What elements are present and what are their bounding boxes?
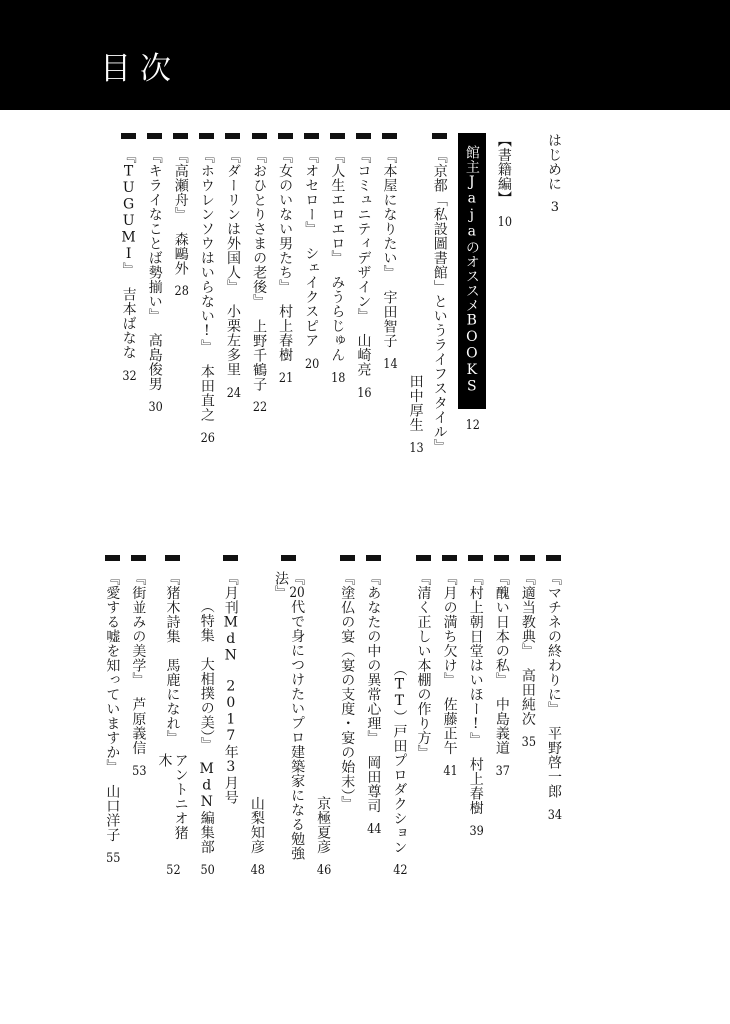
toc-entry: 『おひとりさまの老後』 上野千鶴子 22 [251, 133, 267, 455]
toc-entry-author-line: 村上春樹 39 [468, 757, 484, 838]
entry-title: 『高瀬舟』 [173, 149, 189, 222]
entry-author: （TT）戸田プロダクション [391, 662, 407, 855]
entry-author: 吉本ばなな [121, 287, 137, 360]
toc-entry-author-line: 高島俊男 30 [147, 333, 163, 414]
entry-title: 【書籍編】 [496, 133, 512, 206]
entry-author: 佐藤正午 [442, 697, 458, 755]
entry-title: 『コミュニティデザイン』 [355, 149, 371, 323]
entry-page-number: 22 [252, 401, 267, 414]
toc-entry-title-line: 館主JajaのオススメBOOKS [458, 133, 486, 409]
toc-entry: 『村上朝日堂はいほー!』 村上春樹 39 [468, 555, 484, 877]
toc-entry: 【書籍編】 10 [496, 133, 512, 455]
entry-author: 上野千鶴子 [251, 319, 267, 392]
entry-title: 『猪木詩集 馬鹿になれ』 [164, 571, 180, 743]
entry-author: 高島俊男 [147, 333, 163, 391]
entry-page-number: 46 [316, 864, 331, 877]
toc-entry-author-line: シェイクスピア 20 [303, 246, 319, 371]
entry-title-continued: （特集 大相撲の美）』 [199, 599, 215, 752]
entry-page-number: 55 [105, 852, 120, 865]
entry-page-number: 28 [173, 285, 188, 298]
entry-page-number: 14 [382, 358, 397, 371]
toc-entry-title-line: 『街並みの美学』 [130, 555, 146, 687]
entry-author: みうらじゅん [329, 275, 345, 362]
toc-entry: はじめに 3 [546, 133, 562, 455]
toc-entry-title-line: 【書籍編】 [496, 133, 512, 206]
entry-page-number: 32 [121, 370, 136, 383]
entry-page-number: 3 [546, 201, 561, 214]
toc-entry: 『清く正しい本棚の作り方』 （TT）戸田プロダクション 42 [391, 555, 431, 877]
toc-entry-title-line: 『女のいない男たち』 [277, 133, 293, 294]
entry-title: 『ダーリンは外国人』 [225, 149, 241, 294]
entry-page-number: 42 [392, 864, 407, 877]
entry-title: 『TUGUMI』 [121, 149, 137, 277]
entry-author: アントニオ猪木 [156, 753, 188, 854]
entry-page-number: 35 [520, 736, 535, 749]
entry-author: 山口洋子 [104, 784, 120, 842]
toc-entry-title-line: 『本屋になりたい』 [381, 133, 397, 280]
entry-title: 『村上朝日堂はいほー!』 [468, 571, 484, 747]
entry-author: 山梨知彦 [249, 796, 265, 854]
toc-entry-author-line: 村上春樹 21 [277, 304, 293, 385]
entry-page-number: 18 [330, 372, 345, 385]
entry-title: 『マチネの終わりに』 [546, 571, 562, 716]
entry-author: 岡田尊司 [365, 755, 381, 813]
entry-title: 『塗仏の宴（宴の支度・宴の始末）』 [339, 571, 355, 811]
toc-entry-author-line: 12 [458, 419, 486, 432]
toc-entry-author-line: 本田直之 26 [199, 364, 215, 445]
entry-title: 『清く正しい本棚の作り方』 [415, 571, 431, 760]
entry-bullet-icon [199, 133, 214, 139]
entry-bullet-icon [442, 555, 457, 561]
toc-entry-author-line: 高田純次 35 [520, 668, 536, 749]
entry-bullet-icon [366, 555, 381, 561]
entry-bullet-icon [131, 555, 146, 561]
entry-bullet-icon [278, 133, 293, 139]
entry-title: 『街並みの美学』 [130, 571, 146, 687]
entry-title: 『オセロー』 [303, 149, 319, 236]
entry-title: 『おひとりさまの老後』 [251, 149, 267, 309]
entry-title: 『月刊MdN 2017年3月号 [223, 571, 239, 805]
entry-bullet-icon [340, 555, 355, 561]
toc-entry-title-line: 『月刊MdN 2017年3月号 [223, 555, 239, 877]
entry-author: 平野啓一郎 [546, 726, 562, 799]
toc-entry-title-line: 『適当教典』 [520, 555, 536, 658]
toc-entry-title-line: 『塗仏の宴（宴の支度・宴の始末）』 [339, 555, 355, 877]
entry-author: 小栗左多里 [225, 304, 241, 377]
toc-entry-author-line: みうらじゅん 18 [329, 275, 345, 385]
toc-entry: 『適当教典』 高田純次 35 [520, 555, 536, 877]
toc-entry-author-line: 京極夏彦 46 [315, 555, 331, 877]
entry-title: 『本屋になりたい』 [381, 149, 397, 280]
toc-section-bottom: 『マチネの終わりに』 平野啓一郎 34 『適当教典』 高田純次 35 [104, 555, 562, 877]
entry-title: 『人生エロエロ』 [329, 149, 345, 265]
entry-author: 山崎亮 [355, 333, 371, 377]
entry-title: 『適当教典』 [520, 571, 536, 658]
toc-entry-title-line: 『おひとりさまの老後』 [251, 133, 267, 309]
toc-entry-author-line: アントニオ猪木 52 [156, 753, 188, 877]
entry-page-number: 30 [147, 401, 162, 414]
entry-author: 中島義道 [494, 697, 510, 755]
entry-author: 村上春樹 [468, 757, 484, 815]
entry-title: 『キライなことば勢揃い』 [147, 149, 163, 323]
toc-entry-author-line: 宇田智子 14 [381, 290, 397, 371]
entry-title: 『女のいない男たち』 [277, 149, 293, 294]
entry-bullet-icon [225, 133, 240, 139]
toc-entry-title-line: 『人生エロエロ』 [329, 133, 345, 265]
entry-author: シェイクスピア [303, 246, 319, 348]
entry-bullet-icon [105, 555, 120, 561]
toc-entry-title-line: 『月の満ち欠け』 [442, 555, 458, 687]
toc-entry-title-line: 『高瀬舟』 [173, 133, 189, 222]
toc-entry-author-line: 平野啓一郎 34 [546, 726, 562, 822]
toc-entry-author-line: 10 [496, 216, 512, 229]
entry-author: 本田直之 [199, 364, 215, 422]
toc-entry-title-line: 『オセロー』 [303, 133, 319, 236]
entry-bullet-icon [252, 133, 267, 139]
entry-author: 芦原義信 [130, 697, 146, 755]
entry-bullet-icon [330, 133, 345, 139]
entry-bullet-icon [165, 555, 180, 561]
entry-bullet-icon [494, 555, 509, 561]
toc-entry-author-line: 中島義道 37 [494, 697, 510, 778]
toc-entry-author-line: 田中厚生 13 [408, 133, 424, 455]
toc-entry: 『ホウレンソウはいらない!』 本田直之 26 [199, 133, 215, 455]
toc-entry-title-line: 『ダーリンは外国人』 [225, 133, 241, 294]
entry-page-number: 39 [468, 825, 483, 838]
entry-page-number: 20 [304, 358, 319, 371]
entry-author: MdN編集部 [199, 761, 215, 854]
header-bar: 目次 [0, 0, 730, 110]
entry-page-number: 16 [356, 387, 371, 400]
entry-title: 『20代で身につけたいプロ建築家になる勉強法』 [273, 571, 305, 877]
toc-entry: 『月の満ち欠け』 佐藤正午 41 [442, 555, 458, 877]
toc-entry-title-line: 『猪木詩集 馬鹿になれ』 [156, 555, 188, 743]
entry-page-number: 50 [199, 864, 214, 877]
entry-bullet-icon [173, 133, 188, 139]
toc-entry-title-line: 『京都「私設圖書館」というライフスタイル』 [432, 133, 448, 455]
toc-entry-author-line: 山崎亮 16 [355, 333, 371, 400]
entry-author: 森鷗外 [173, 232, 189, 276]
toc-entry-title-line: 『マチネの終わりに』 [546, 555, 562, 716]
entry-author: 宇田智子 [381, 290, 397, 348]
entry-bullet-icon [382, 133, 397, 139]
entry-bullet-icon [432, 133, 447, 139]
entry-page-number: 37 [494, 765, 509, 778]
toc-entry: 館主JajaのオススメBOOKS 12 [458, 133, 486, 455]
toc-entry-author-line: 森鷗外 28 [173, 232, 189, 299]
entry-bullet-icon [520, 555, 535, 561]
toc-entry-title-line: 『村上朝日堂はいほー!』 [468, 555, 484, 747]
toc-entry: 『コミュニティデザイン』 山崎亮 16 [355, 133, 371, 455]
toc-entry-title-line: 『あなたの中の異常心理』 [365, 555, 381, 745]
toc-entry-title-line: 『醜い日本の私』 [494, 555, 510, 687]
toc-entry: 『キライなことば勢揃い』 高島俊男 30 [147, 133, 163, 455]
entry-bullet-icon [356, 133, 371, 139]
entry-bullet-icon [416, 555, 431, 561]
toc-entry-title-line: 『ホウレンソウはいらない!』 [199, 133, 215, 354]
entry-author: 田中厚生 [408, 374, 424, 432]
toc-entry: 『愛する嘘を知っていますか』 山口洋子 55 [104, 555, 120, 877]
toc-entry: 『塗仏の宴（宴の支度・宴の始末）』 京極夏彦 46 [315, 555, 355, 877]
toc-entry: 『醜い日本の私』 中島義道 37 [494, 555, 510, 877]
entry-title: はじめに [546, 133, 562, 191]
entry-page-number: 34 [546, 809, 561, 822]
toc-entry: 『人生エロエロ』 みうらじゅん 18 [329, 133, 345, 455]
toc-entry-title-line: はじめに [546, 133, 562, 191]
entry-title: 『京都「私設圖書館」というライフスタイル』 [432, 149, 448, 454]
toc-entry: 『月刊MdN 2017年3月号 （特集 大相撲の美）』 MdN編集部 50 [199, 555, 239, 877]
toc-entry: 『猪木詩集 馬鹿になれ』 アントニオ猪木 52 [156, 555, 188, 877]
toc-entry-title-line: 『清く正しい本棚の作り方』 [415, 555, 431, 877]
toc-entry: 『TUGUMI』 吉本ばなな 32 [121, 133, 137, 455]
toc-entry: 『街並みの美学』 芦原義信 53 [130, 555, 146, 877]
entry-page-number: 21 [278, 372, 293, 385]
toc-entry-author-line: 芦原義信 53 [130, 697, 146, 778]
entry-page-number: 24 [225, 387, 240, 400]
toc-entry: 『京都「私設圖書館」というライフスタイル』 田中厚生 13 [408, 133, 448, 455]
entry-page-number: 44 [366, 823, 381, 836]
toc-entry-author-line: 山梨知彦 48 [249, 555, 265, 877]
entry-page-number: 52 [165, 864, 180, 877]
toc-entry: 『あなたの中の異常心理』 岡田尊司 44 [365, 555, 381, 877]
entry-author: 高田純次 [520, 668, 536, 726]
entry-author: 京極夏彦 [315, 796, 331, 854]
toc-entry-author-line: （特集 大相撲の美）』 MdN編集部 50 [199, 555, 215, 877]
entry-page-number: 48 [249, 864, 264, 877]
entry-title: 『月の満ち欠け』 [442, 571, 458, 687]
page-title: 目次 [0, 0, 730, 85]
toc-entry: 『ダーリンは外国人』 小栗左多里 24 [225, 133, 241, 455]
toc-entry-title-line: 『TUGUMI』 [121, 133, 137, 277]
toc-entry-author-line: 3 [546, 201, 562, 214]
entry-author: 村上春樹 [277, 304, 293, 362]
toc-entry-author-line: （TT）戸田プロダクション 42 [391, 555, 407, 877]
toc-entry: 『女のいない男たち』 村上春樹 21 [277, 133, 293, 455]
entry-title: 『醜い日本の私』 [494, 571, 510, 687]
toc-entry: 『マチネの終わりに』 平野啓一郎 34 [546, 555, 562, 877]
entry-page-number: 53 [131, 765, 146, 778]
toc-entry-title-line: 『愛する嘘を知っていますか』 [104, 555, 120, 774]
toc-section-top: はじめに 3 【書籍編】 10 館主JajaのオススメBOOKS [121, 133, 563, 455]
toc-entry: 『本屋になりたい』 宇田智子 14 [381, 133, 397, 455]
entry-bullet-icon [223, 555, 238, 561]
toc-entry-author-line: 岡田尊司 44 [365, 755, 381, 836]
entry-title: 『あなたの中の異常心理』 [365, 571, 381, 745]
toc-entry-author-line: 吉本ばなな 32 [121, 287, 137, 383]
toc-entry-title-line: 『コミュニティデザイン』 [355, 133, 371, 323]
entry-bullet-icon [147, 133, 162, 139]
entry-bullet-icon [468, 555, 483, 561]
toc-entry-author-line: 山口洋子 55 [104, 784, 120, 865]
entry-bullet-icon [546, 555, 561, 561]
toc-entry-author-line: 佐藤正午 41 [442, 697, 458, 778]
toc-entry: 『20代で身につけたいプロ建築家になる勉強法』 山梨知彦 48 [249, 555, 305, 877]
toc-entry-author-line: 上野千鶴子 22 [251, 319, 267, 415]
entry-bullet-icon [281, 555, 296, 561]
entry-page-number: 41 [442, 765, 457, 778]
entry-title: 『ホウレンソウはいらない!』 [199, 149, 215, 354]
entry-page-number: 13 [408, 442, 423, 455]
toc-entry: 『オセロー』 シェイクスピア 20 [303, 133, 319, 455]
entry-bullet-icon [121, 133, 136, 139]
entry-page-number: 12 [464, 419, 479, 432]
entry-page-number: 10 [496, 216, 511, 229]
toc-entry-title-line: 『20代で身につけたいプロ建築家になる勉強法』 [273, 555, 305, 877]
entry-title: 館主JajaのオススメBOOKS [464, 145, 480, 395]
toc-entry-author-line: 小栗左多里 24 [225, 304, 241, 400]
entry-title: 『愛する嘘を知っていますか』 [104, 571, 120, 774]
toc-entry: 『高瀬舟』 森鷗外 28 [173, 133, 189, 455]
entry-page-number: 26 [199, 432, 214, 445]
entry-bullet-icon [304, 133, 319, 139]
toc-entry-title-line: 『キライなことば勢揃い』 [147, 133, 163, 323]
